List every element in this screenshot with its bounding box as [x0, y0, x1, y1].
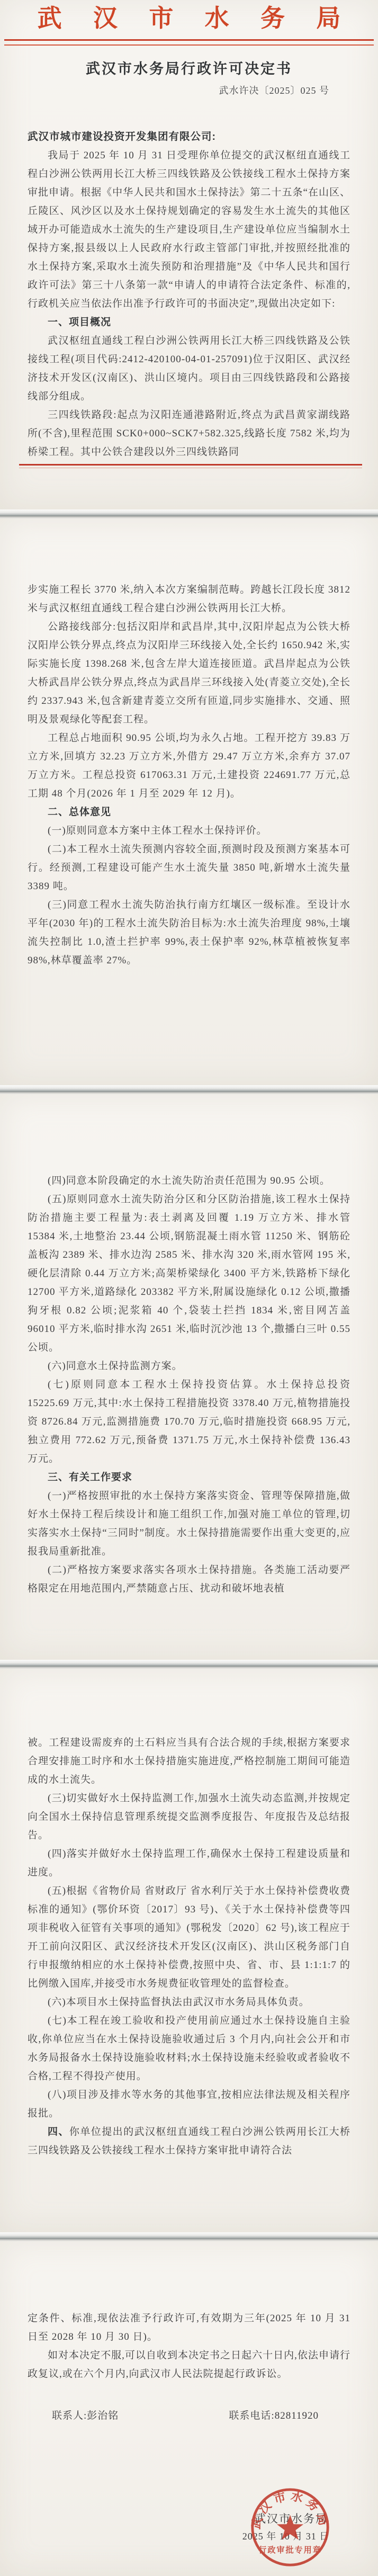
decision-prefix: 四、 [48, 2126, 69, 2137]
requirement-item-2: (二)严格按方案要求落实各项水土保持措施。各类施工活动要严格限定在用地范围内,严… [28, 1561, 350, 1598]
requirement-item-7: (七)本工程在竣工验收和投产使用前应通过水土保持设施自主验收,你单位应当在水土保… [28, 2011, 350, 2086]
page-gap [0, 1085, 378, 1094]
page-2-content: 步实施工程长 3770 米,纳入本次方案编制范畴。跨越长江段长度 3812 米与… [0, 518, 378, 970]
page-3: (四)同意本阶段确定的水土流失防治责任范围为 90.95 公顷。 (五)原则同意… [0, 1094, 378, 1660]
page-gap [0, 2232, 378, 2241]
page-4: 被。工程建设需废弃的土石料应当具有合法合规的手续,根据方案要求合理安排施工时序和… [0, 1669, 378, 2232]
page-1: 武 汉 市 水 务 局 武汉市水务局行政许可决定书 武水许决〔2025〕025 … [0, 0, 378, 509]
contact-phone: 联系电话:82811920 [229, 2408, 319, 2422]
scanned-document: 武 汉 市 水 务 局 武汉市水务局行政许可决定书 武水许决〔2025〕025 … [0, 0, 378, 2576]
paragraph-continued: 步实施工程长 3770 米,纳入本次方案编制范畴。跨越长江段长度 3812 米与… [28, 580, 350, 618]
opinion-item-4: (四)同意本阶段确定的水土流失防治责任范围为 90.95 公顷。 [28, 1171, 350, 1190]
page-4-content: 被。工程建设需废弃的土石料应当具有合法合规的手续,根据方案要求合理安排施工时序和… [0, 1669, 378, 2160]
decision-text: 你单位提出的武汉枢纽直通线工程白沙洲公铁两用长江大桥三四线铁路及公铁接线工程水土… [28, 2126, 350, 2156]
paragraph-continued: 定条件、标准,现依法准予行政许可,有效期为三年(2025 年 10 月 31 日… [28, 2309, 350, 2346]
decision-paragraph: 四、你单位提出的武汉枢纽直通线工程白沙洲公铁两用长江大桥三四线铁路及公铁接线工程… [28, 2123, 350, 2160]
page-1-content: 武汉市城市建设投资开发集团有限公司: 我局于 2025 年 10 月 31 日受… [0, 128, 378, 461]
agency-header: 武 汉 市 水 务 局 [0, 0, 378, 34]
contact-person: 联系人:彭治铭 [52, 2408, 119, 2422]
recipient-line: 武汉市城市建设投资开发集团有限公司: [28, 128, 350, 146]
official-seal: 武汉市水务局 行政审批专用章 [249, 2486, 331, 2569]
document-number: 武水许决〔2025〕025 号 [0, 83, 378, 97]
paragraph-appeal-rights: 如对本决定不服,可以自收到本决定书之日起六十日内,依法申请行政复议,或在六个月内… [28, 2346, 350, 2383]
opinion-item-3: (三)同意工程水土流失防治执行南方红壤区一级标准。至设计水平年(2030 年)的… [28, 896, 350, 970]
section-heading-2: 二、总体意见 [28, 803, 350, 821]
page-1-footer-rule [19, 464, 362, 468]
page-5-content: 定条件、标准,现依法准予行政许可,有效期为三年(2025 年 10 月 31 日… [0, 2241, 378, 2383]
requirement-item-4: (四)落实并做好水土保持监理工作,确保水土保持工程建设质量和进度。 [28, 1845, 350, 1882]
requirement-item-1: (一)严格按照审批的水土保持方案落实资金、管理等保障措施,做好水土保持工程后续设… [28, 1487, 350, 1561]
section-heading-3: 三、有关工作要求 [28, 1468, 350, 1487]
paragraph-intro: 我局于 2025 年 10 月 31 日受理你单位提交的武汉枢纽直通线工程白沙洲… [28, 146, 350, 313]
requirement-item-3: (三)切实做好水土保持监测工作,加强水土流失动态监测,并按规定向全国水土保持信息… [28, 1789, 350, 1845]
page-3-content: (四)同意本阶段确定的水土流失防治责任范围为 90.95 公顷。 (五)原则同意… [0, 1094, 378, 1598]
header-red-rule [4, 39, 374, 46]
seal-bottom-text: 行政审批专用章 [258, 2545, 321, 2555]
paragraph-road-section: 公路接线部分:包括汉阳岸和武昌岸,其中,汉阳岸起点为公铁大桥汉阳岸公铁分界点,终… [28, 618, 350, 729]
page-5: 定条件、标准,现依法准予行政许可,有效期为三年(2025 年 10 月 31 日… [0, 2241, 378, 2576]
opinion-item-1: (一)原则同意本方案中主体工程水土保持评价。 [28, 821, 350, 840]
paragraph-continued: 被。工程建设需废弃的土石料应当具有合法合规的手续,根据方案要求合理安排施工时序和… [28, 1733, 350, 1789]
page-gap [0, 1660, 378, 1669]
requirement-item-6: (六)本项目水土保持监督执法由武汉市水务局具体负责。 [28, 1993, 350, 2011]
opinion-item-7: (七)原则同意本工程水土保持投资估算。水土保持总投资 15225.69 万元,其… [28, 1375, 350, 1468]
opinion-item-5: (五)原则同意水土流失防治分区和分区防治措施,该工程水土保持防治措施主要工程量为… [28, 1190, 350, 1357]
opinion-item-6: (六)同意水土保持监测方案。 [28, 1357, 350, 1375]
paragraph-railway-section: 三四线铁路段:起点为汉阳连通港路附近,终点为武昌黄家湖线路所(不含),里程范围 … [28, 406, 350, 461]
section-heading-1: 一、项目概况 [28, 313, 350, 332]
paragraph-project-overview: 武汉枢纽直通线工程白沙洲公铁两用长江大桥三四线铁路及公铁接线工程(项目代码:24… [28, 332, 350, 406]
paragraph-project-scale: 工程总占地面积 90.95 公顷,均为永久占地。工程开挖方 39.83 万立方米… [28, 729, 350, 803]
contact-row: 联系人:彭治铭 联系电话:82811920 [0, 2408, 378, 2422]
opinion-item-2: (二)本工程水土流失预测内容较全面,预测时段及预测方案基本可行。经预测,工程建设… [28, 840, 350, 896]
page-gap [0, 509, 378, 518]
requirement-item-5: (五)根据《省物价局 省财政厅 省水利厅关于水土保持补偿费收费标准的通知》(鄂价… [28, 1882, 350, 1993]
document-title: 武汉市水务局行政许可决定书 [0, 57, 378, 78]
page-2: 步实施工程长 3770 米,纳入本次方案编制范畴。跨越长江段长度 3812 米与… [0, 518, 378, 1085]
seal-star-icon [277, 2515, 303, 2540]
requirement-item-8: (八)项目涉及排水等水务的其他事宜,按相应法律法规及相关程序报批。 [28, 2086, 350, 2123]
